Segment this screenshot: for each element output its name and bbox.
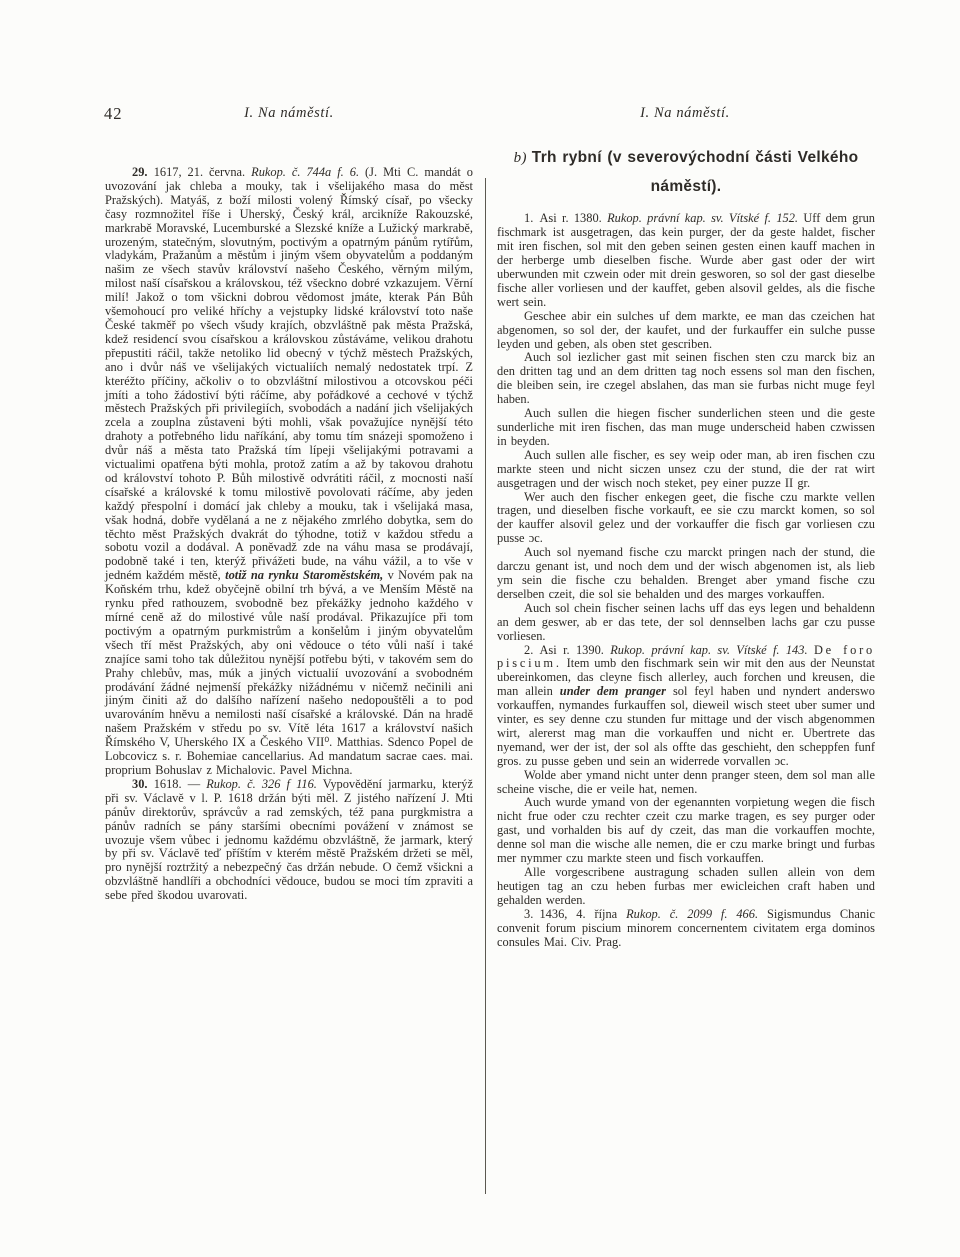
text-segment: Auch sol nyemand fische czu marckt pring…: [497, 545, 875, 601]
text-segment: Uff dem grun fischmark ist ausgetragen, …: [497, 211, 875, 308]
entry-1-paragraph: 1. Asi r. 1380. Rukop. právní kap. sv. V…: [497, 212, 875, 309]
body-paragraph: Auch wurde ymand von der egenannten vorp…: [497, 796, 875, 866]
text-segment: Rukop. právní kap. sv. Vítské f. 143.: [610, 643, 807, 657]
text-segment: 3. 1436, 4. října: [524, 907, 626, 921]
text-segment: v Novém pak na Koňském trhu, kdež obyčej…: [105, 568, 473, 777]
body-paragraph: Auch sol iezlicher gast mit seinen fisch…: [497, 351, 875, 407]
text-segment: totiž na rynku Staroměstském,: [225, 568, 383, 582]
running-head-right: I. Na náměstí.: [497, 105, 873, 122]
entry-3-paragraph: 3. 1436, 4. října Rukop. č. 2099 f. 466.…: [497, 908, 875, 950]
body-paragraph: Geschee abir ein sulches uf dem markte, …: [497, 310, 875, 352]
right-column: b) Trh rybní (v severovýchodní části Vel…: [497, 144, 875, 949]
left-column: 29. 1617, 21. června. Rukop. č. 744a f. …: [105, 166, 473, 903]
column-divider: [485, 178, 486, 1194]
text-segment: Alle vorgescribene austragung schaden su…: [497, 865, 875, 907]
body-paragraph: Auch sol nyemand fische czu marckt pring…: [497, 546, 875, 602]
text-segment: Geschee abir ein sulches uf dem markte, …: [497, 309, 875, 351]
text-segment: Wer auch den fischer enkegen geet, die f…: [497, 490, 875, 546]
text-segment: 1617, 21. června.: [154, 165, 251, 179]
text-segment: Rukop. č. 744a f. 6.: [251, 165, 359, 179]
text-segment: Rukop. č. 2099 f. 466.: [626, 907, 758, 921]
text-segment: 30.: [132, 777, 154, 791]
text-segment: Trh rybní (v severovýchodní části Velkéh…: [532, 149, 859, 195]
text-segment: Auch sol chein fischer seinen lachs uff …: [497, 601, 875, 643]
entry-29-paragraph: 29. 1617, 21. června. Rukop. č. 744a f. …: [105, 166, 473, 778]
entry-30-paragraph: 30. 1618. — Rukop. č. 326 f 116. Vypověd…: [105, 778, 473, 903]
body-paragraph: Auch sullen alle fischer, es sey weip od…: [497, 449, 875, 491]
body-paragraph: Wolde aber ymand nicht unter denn prange…: [497, 769, 875, 797]
text-segment: Auch sullen alle fischer, es sey weip od…: [497, 448, 875, 490]
text-segment: Auch sullen die hiegen fischer sunderlic…: [497, 406, 875, 448]
text-segment: 1. Asi r. 1380.: [524, 211, 607, 225]
text-segment: Auch sol iezlicher gast mit seinen fisch…: [497, 350, 875, 406]
text-segment: (J. Mti C. mandát o uvozování jak chleba…: [105, 165, 473, 582]
entry-2-paragraph: 2. Asi r. 1390. Rukop. právní kap. sv. V…: [497, 644, 875, 769]
body-paragraph: Auch sullen die hiegen fischer sunderlic…: [497, 407, 875, 449]
text-segment: 29.: [132, 165, 154, 179]
running-head-left: I. Na náměstí.: [105, 105, 473, 122]
text-segment: Vypovědění jarmarku, kterýž při sv. Václ…: [105, 777, 473, 902]
text-segment: Rukop. právní kap. sv. Vítské f. 152.: [607, 211, 798, 225]
text-segment: 1618. —: [154, 777, 207, 791]
body-paragraph: Wer auch den fischer enkegen geet, die f…: [497, 491, 875, 547]
text-segment: Wolde aber ymand nicht unter denn prange…: [497, 768, 875, 796]
book-page: 42 I. Na náměstí. I. Na náměstí. 29. 161…: [0, 0, 960, 1257]
section-heading-trh-rybni: b) Trh rybní (v severovýchodní části Vel…: [497, 144, 875, 201]
text-segment: b): [514, 150, 532, 166]
text-segment: Rukop. č. 326 f 116.: [206, 777, 317, 791]
body-paragraph: Alle vorgescribene austragung schaden su…: [497, 866, 875, 908]
two-column-text-block: 29. 1617, 21. června. Rukop. č. 744a f. …: [105, 142, 875, 1194]
text-segment: Auch wurde ymand von der egenannten vorp…: [497, 795, 875, 865]
body-paragraph: Auch sol chein fischer seinen lachs uff …: [497, 602, 875, 644]
text-segment: under dem pranger: [560, 684, 666, 698]
text-segment: 2. Asi r. 1390.: [524, 643, 610, 657]
page-header: 42 I. Na náměstí. I. Na náměstí.: [0, 104, 960, 128]
